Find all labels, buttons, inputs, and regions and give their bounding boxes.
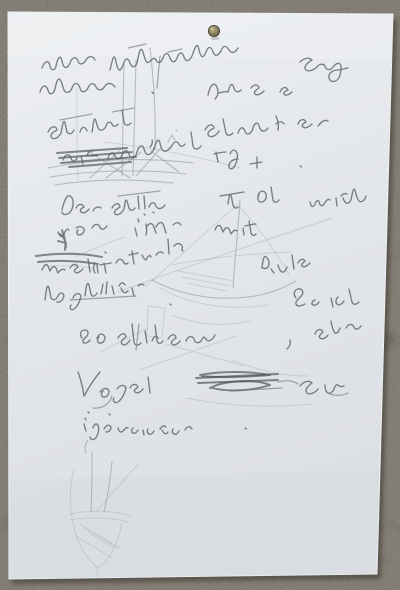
note-scene xyxy=(0,0,400,590)
note-paper xyxy=(8,12,393,579)
photo-of-handwritten-note xyxy=(0,0,400,590)
